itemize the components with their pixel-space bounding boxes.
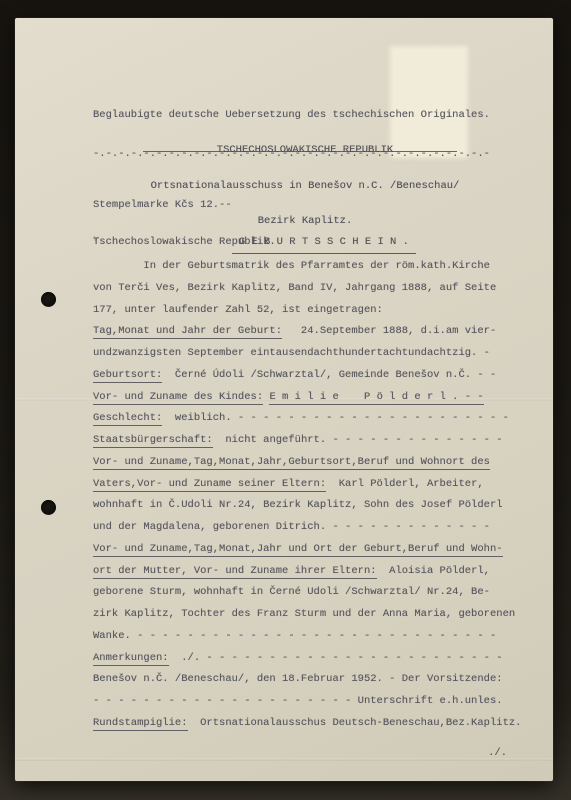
document-line: In der Geburtsmatrik des Pfarramtes der … [93, 256, 517, 278]
continuation-mark: ./. [488, 747, 507, 759]
field-value: 24.September 1888, d.i.am vier- [282, 325, 496, 337]
document-title: G E B U R T S S C H E I N . [232, 235, 416, 254]
document-line: Vor- und Zuname,Tag,Monat,Jahr,Geburtsor… [93, 452, 517, 474]
document-line: 177, unter laufender Zahl 52, ist einget… [93, 300, 517, 322]
document-line: wohnhaft in Č.Udoli Nr.24, Bezirk Kaplit… [93, 495, 517, 517]
field-label: E m i l i e P ö l d e r l . - - [269, 391, 483, 405]
document-body: In der Geburtsmatrik des Pfarramtes der … [93, 256, 517, 735]
field-value: von Terči Ves, Bezirk Kaplitz, Band IV, … [93, 282, 496, 294]
field-value: ./. - - - - - - - - - - - - - - - - - - … [169, 652, 503, 664]
document-page: Beglaubigte deutsche Uebersetzung des ts… [15, 18, 553, 781]
document-line: Anmerkungen: ./. - - - - - - - - - - - -… [93, 648, 517, 670]
field-value: Wanke. - - - - - - - - - - - - - - - - -… [93, 630, 496, 642]
field-value: geborene Sturm, wohnhaft in Černé Udoli … [93, 586, 490, 598]
document-line: Benešov n.Č. /Beneschau/, den 18.Februar… [93, 669, 517, 691]
document-line: undzwanzigsten September eintausendachth… [93, 343, 517, 365]
document-line: geborene Sturm, wohnhaft in Černé Udoli … [93, 582, 517, 604]
field-value: nicht angeführt. - - - - - - - - - - - -… [213, 434, 503, 446]
stamp-note-value: Stempelmarke Kčs 12.-- [93, 199, 517, 211]
document-line: und der Magdalena, geborenen Ditrich. - … [93, 517, 517, 539]
document-line: Vor- und Zuname,Tag,Monat,Jahr und Ort d… [93, 539, 517, 561]
document-line: - - - - - - - - - - - - - - - - - - - - … [93, 691, 517, 713]
document-line: Vaters,Vor- und Zuname seiner Eltern: Ka… [93, 474, 517, 496]
certification-note: Beglaubigte deutsche Uebersetzung des ts… [93, 109, 517, 122]
field-value: Benešov n.Č. /Beneschau/, den 18.Februar… [93, 673, 503, 685]
field-label: Geburtsort: [93, 369, 162, 383]
field-label: Vor- und Zuname,Tag,Monat,Jahr und Ort d… [93, 543, 503, 557]
document-line: von Terči Ves, Bezirk Kaplitz, Band IV, … [93, 278, 517, 300]
field-label: Geschlecht: [93, 412, 162, 426]
punch-hole-top [41, 292, 56, 307]
document-line: Geburtsort: Černé Údoli /Schwarztal/, Ge… [93, 365, 517, 387]
field-label: Vaters,Vor- und Zuname seiner Eltern: [93, 478, 326, 492]
fold-crease-bottom [15, 758, 553, 761]
field-value: - - - - - - - - - - - - - - - - - - - - … [93, 695, 503, 707]
document-line: Staatsbürgerschaft: nicht angeführt. - -… [93, 430, 517, 452]
field-value: weiblich. - - - - - - - - - - - - - - - … [162, 412, 509, 424]
header-rule [143, 151, 457, 152]
document-line: Rundstampiglie: Ortsnationalausschus Deu… [93, 713, 517, 735]
field-value: zirk Kaplitz, Tochter des Franz Sturm un… [93, 608, 515, 620]
field-value: 177, unter laufender Zahl 52, ist einget… [93, 304, 383, 316]
field-label: Rundstampiglie: [93, 717, 188, 731]
document-line: Vor- und Zuname des Kindes: E m i l i e … [93, 387, 517, 409]
field-label: Tag,Monat und Jahr der Geburt: [93, 325, 282, 339]
field-label: Vor- und Zuname,Tag,Monat,Jahr,Geburtsor… [93, 456, 490, 470]
field-value: Černé Údoli /Schwarztal/, Gemeinde Beneš… [162, 369, 496, 381]
punch-hole-bottom [41, 500, 56, 515]
document-line: Wanke. - - - - - - - - - - - - - - - - -… [93, 626, 517, 648]
field-value: Karl Pölderl, Arbeiter, [326, 478, 484, 490]
document-line: zirk Kaplitz, Tochter des Franz Sturm un… [93, 604, 517, 626]
field-label: Anmerkungen: [93, 652, 169, 666]
field-value: Ortsnationalausschus Deutsch-Beneschau,B… [188, 717, 522, 729]
photo-background: Beglaubigte deutsche Uebersetzung des ts… [0, 0, 571, 800]
document-line: Tag,Monat und Jahr der Geburt: 24.Septem… [93, 321, 517, 343]
field-label: ort der Mutter, Vor- und Zuname ihrer El… [93, 565, 377, 579]
field-label: Vor- und Zuname des Kindes: [93, 391, 263, 405]
document-line: ort der Mutter, Vor- und Zuname ihrer El… [93, 561, 517, 583]
field-label: Staatsbürgerschaft: [93, 434, 213, 448]
field-value: undzwanzigsten September eintausendachth… [93, 347, 490, 359]
document-line: Geschlecht: weiblich. - - - - - - - - - … [93, 408, 517, 430]
field-value: In der Geburtsmatrik des Pfarramtes der … [93, 260, 490, 272]
field-value: wohnhaft in Č.Udoli Nr.24, Bezirk Kaplit… [93, 499, 503, 511]
field-value: und der Magdalena, geborenen Ditrich. - … [93, 521, 490, 533]
field-value: Aloisia Pölderl, [377, 565, 490, 577]
